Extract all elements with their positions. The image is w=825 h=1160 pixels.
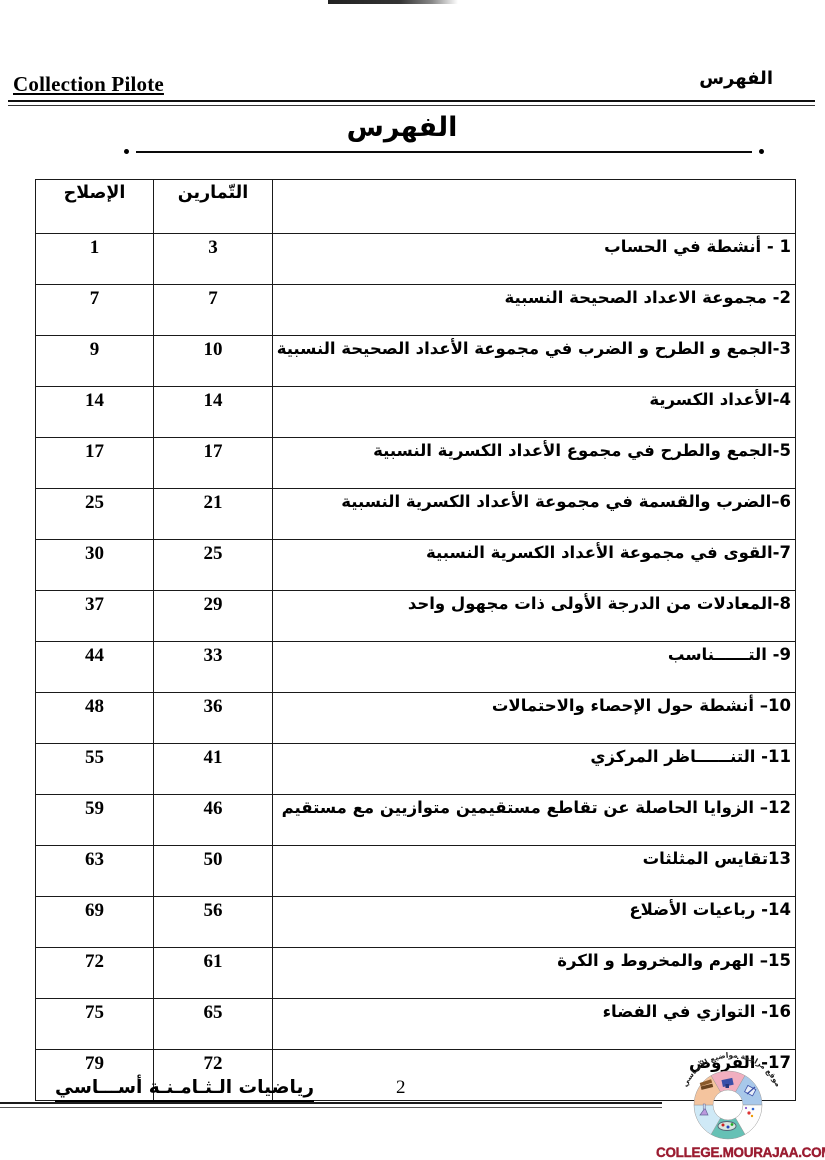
correction-page: 55: [36, 744, 154, 795]
chapter-title: 15– الهرم والمخروط و الكرة: [273, 948, 796, 999]
chapter-title: 5-الجمع والطرح في مجموع الأعداد الكسرية …: [273, 438, 796, 489]
scan-artifact-line: [328, 0, 458, 4]
correction-page: 48: [36, 693, 154, 744]
toc-row: 6–الضرب والقسمة في مجموعة الأعداد الكسري…: [36, 489, 796, 540]
chapter-title: 6–الضرب والقسمة في مجموعة الأعداد الكسري…: [273, 489, 796, 540]
chapter-title: 16- التوازي في الفضاء: [273, 999, 796, 1050]
exercises-column-header: التّمارين: [154, 180, 273, 234]
exercises-page: 46: [154, 795, 273, 846]
chapter-title: 7-القوى في مجموعة الأعداد الكسرية النسبي…: [273, 540, 796, 591]
chapter-title: 4-الأعداد الكسرية: [273, 387, 796, 438]
exercises-page: 17: [154, 438, 273, 489]
chapter-title: 14- رباعيات الأضلاع: [273, 897, 796, 948]
correction-page: 17: [36, 438, 154, 489]
correction-page: 37: [36, 591, 154, 642]
running-head-section: الفهرس: [699, 68, 773, 89]
underline-line: [136, 151, 752, 153]
toc-row: 10– أنشطة حول الإحصاء والاحتمالات3648: [36, 693, 796, 744]
correction-page: 44: [36, 642, 154, 693]
toc-table: التّمارين الإصلاح 1 - أنشطة في الحساب312…: [35, 179, 796, 1101]
chapter-title: 10– أنشطة حول الإحصاء والاحتمالات: [273, 693, 796, 744]
chapter-title: 1 - أنشطة في الحساب: [273, 234, 796, 285]
site-logo-graphic: موقع مراجعة مواضيع الأساسي: [656, 1051, 822, 1143]
exercises-page: 14: [154, 387, 273, 438]
collection-title: Collection Pilote: [13, 72, 164, 97]
header-rule: [8, 100, 815, 106]
exercises-page: 25: [154, 540, 273, 591]
toc-row: 4-الأعداد الكسرية1414: [36, 387, 796, 438]
correction-page: 75: [36, 999, 154, 1050]
correction-page: 9: [36, 336, 154, 387]
title-block: الفهرس: [124, 110, 764, 154]
chapter-column-header: [273, 180, 796, 234]
scanned-toc-page: Collection Pilote الفهرس الفهرس التّماري…: [0, 0, 825, 1160]
toc-row: 2- مجموعة الاعداد الصحيحة النسبية77: [36, 285, 796, 336]
page-number: 2: [396, 1077, 406, 1099]
toc-row: 16- التوازي في الفضاء6575: [36, 999, 796, 1050]
correction-page: 63: [36, 846, 154, 897]
footer-rule: [0, 1102, 662, 1108]
correction-page: 1: [36, 234, 154, 285]
chapter-title: 3-الجمع و الطرح و الضرب في مجموعة الأعدا…: [273, 336, 796, 387]
toc-row: 7-القوى في مجموعة الأعداد الكسرية النسبي…: [36, 540, 796, 591]
toc-row: 14- رباعيات الأضلاع5669: [36, 897, 796, 948]
exercises-page: 7: [154, 285, 273, 336]
toc-row: 5-الجمع والطرح في مجموع الأعداد الكسرية …: [36, 438, 796, 489]
chapter-title: 8-المعادلات من الدرجة الأولى ذات مجهول و…: [273, 591, 796, 642]
exercises-page: 21: [154, 489, 273, 540]
toc-row: 15– الهرم والمخروط و الكرة6172: [36, 948, 796, 999]
correction-page: 30: [36, 540, 154, 591]
chapter-title: 13تقايس المثلثات: [273, 846, 796, 897]
exercises-page: 50: [154, 846, 273, 897]
exercises-page: 61: [154, 948, 273, 999]
site-url: COLLEGE.MOURAJAA.COM: [656, 1145, 822, 1160]
correction-page: 59: [36, 795, 154, 846]
chapter-title: 2- مجموعة الاعداد الصحيحة النسبية: [273, 285, 796, 336]
chapter-title: 12– الزوايا الحاصلة عن تقاطع مستقيمين مت…: [273, 795, 796, 846]
title-underline: [124, 146, 764, 154]
exercises-page: 56: [154, 897, 273, 948]
toc-row: 13تقايس المثلثات5063: [36, 846, 796, 897]
correction-page: 7: [36, 285, 154, 336]
underline-dot-right: [124, 149, 129, 154]
toc-row: 9- التــــــناسب3344: [36, 642, 796, 693]
exercises-page: 41: [154, 744, 273, 795]
page-title: الفهرس: [347, 110, 458, 145]
toc-row: 3-الجمع و الطرح و الضرب في مجموعة الأعدا…: [36, 336, 796, 387]
exercises-page: 33: [154, 642, 273, 693]
toc-row: 11- التنــــــاظر المركزي4155: [36, 744, 796, 795]
exercises-page: 36: [154, 693, 273, 744]
exercises-page: 65: [154, 999, 273, 1050]
chapter-title: 9- التــــــناسب: [273, 642, 796, 693]
toc-row: 12– الزوايا الحاصلة عن تقاطع مستقيمين مت…: [36, 795, 796, 846]
toc-row: 8-المعادلات من الدرجة الأولى ذات مجهول و…: [36, 591, 796, 642]
site-logo: موقع مراجعة مواضيع الأساسي: [656, 1051, 822, 1160]
chapter-title: 11- التنــــــاظر المركزي: [273, 744, 796, 795]
underline-dot-left: [759, 149, 764, 154]
book-title: رياضيات الـثـامـنـة أســـاسي: [55, 1077, 314, 1102]
exercises-page: 3: [154, 234, 273, 285]
toc-header-row: التّمارين الإصلاح: [36, 180, 796, 234]
exercises-page: 10: [154, 336, 273, 387]
correction-page: 14: [36, 387, 154, 438]
correction-page: 69: [36, 897, 154, 948]
toc-row: 1 - أنشطة في الحساب31: [36, 234, 796, 285]
exercises-page: 29: [154, 591, 273, 642]
correction-page: 25: [36, 489, 154, 540]
correction-column-header: الإصلاح: [36, 180, 154, 234]
correction-page: 72: [36, 948, 154, 999]
